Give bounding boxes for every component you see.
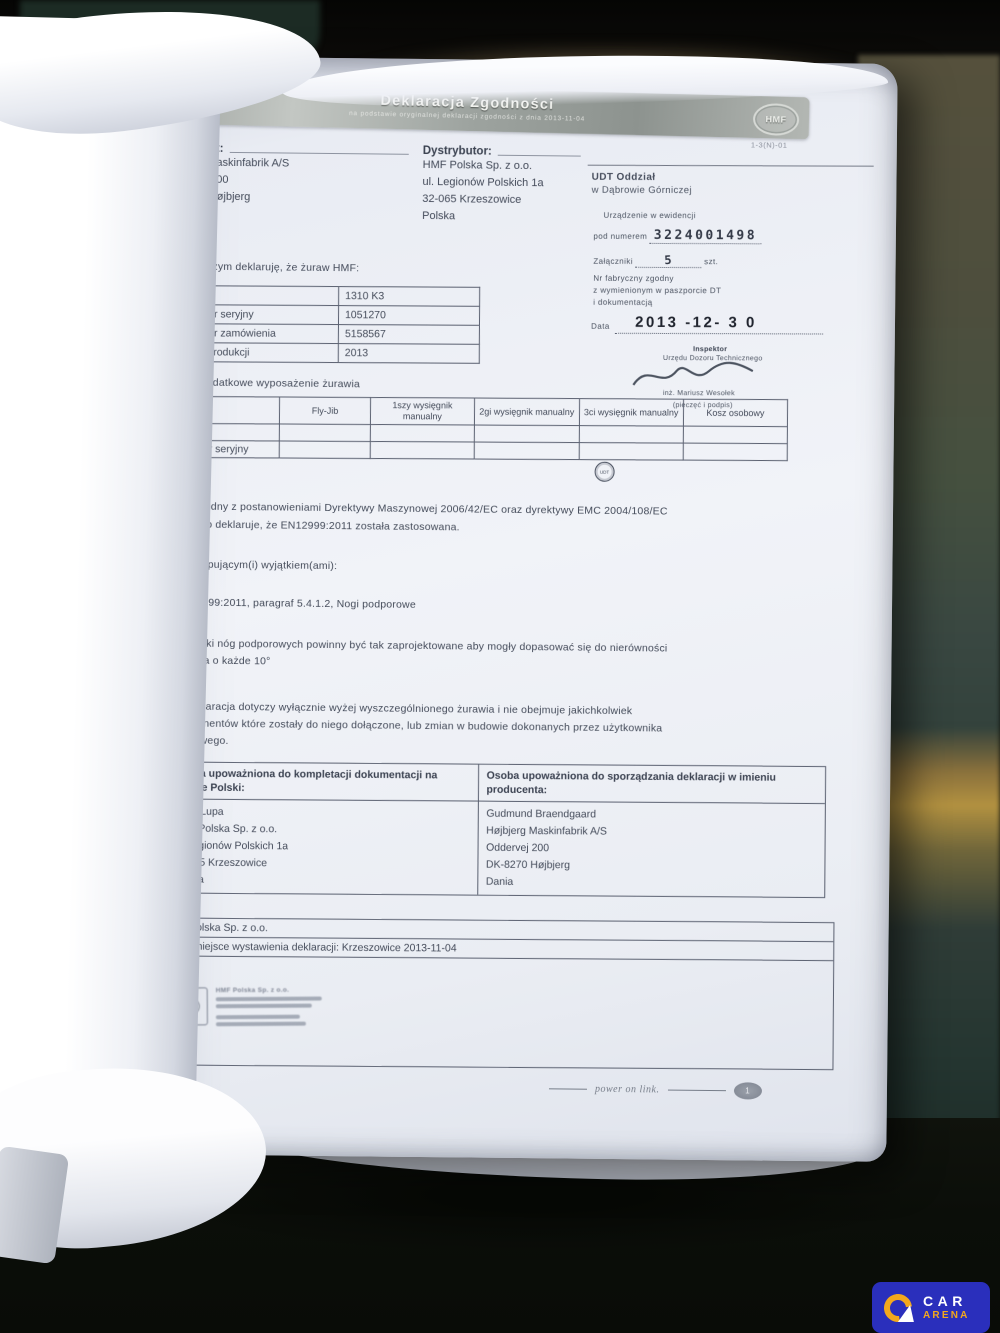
watermark-text-car: CAR xyxy=(923,1294,970,1308)
hmf-logo-icon: HMF xyxy=(753,103,800,136)
divider xyxy=(549,1088,587,1089)
person-line: 32-065 Krzeszowice xyxy=(172,854,469,873)
equip-cell xyxy=(280,441,371,458)
udt-registration-number: 3224001498 xyxy=(654,228,757,243)
car-arena-logo-icon xyxy=(884,1293,914,1323)
exception-reference: EN 12999:2011, paragraf 5.4.1.2, Nogi po… xyxy=(172,596,416,611)
equip-cell xyxy=(280,424,371,441)
equipment-table: Fly-Jib 1szy wysięgnik manualny 2gi wysi… xyxy=(174,396,788,461)
conformity-line: jest zgodny z postanowieniami Dyrektywy … xyxy=(173,500,668,517)
equip-cell xyxy=(474,425,578,443)
conformity-line: ponadto deklaruje, że EN12999:2011 zosta… xyxy=(173,518,460,533)
udt-branch-city: w Dąbrowie Górniczej xyxy=(592,185,692,196)
table-row: Typ 1310 K3 xyxy=(180,286,480,307)
person-line: Rafał Lupa xyxy=(173,803,470,822)
person-left-details: Rafał Lupa HMF Polska Sp. z o.o. ul. Leg… xyxy=(164,799,478,894)
equip-col-header: Fly-Jib xyxy=(280,397,371,424)
inspector-name: inż. Mariusz Wesołek xyxy=(663,390,735,397)
equip-col-header: 3ci wysięgnik manualny xyxy=(579,399,684,427)
udt-attachments-unit: szt. xyxy=(704,257,718,266)
person-line: Polska xyxy=(172,871,469,890)
crane-field-value: 5158567 xyxy=(338,325,479,345)
document-code: 1-3(N)-01 xyxy=(751,140,788,149)
car-arena-watermark: CAR ARENA xyxy=(872,1282,990,1333)
equip-cell xyxy=(579,443,683,461)
scope-line: Ta deklaracja dotyczy wyłącznie wyżej wy… xyxy=(171,700,632,717)
udt-number-label: pod numerem xyxy=(593,232,647,241)
udt-date-label: Data xyxy=(591,322,610,331)
distributor-label: Dystrybutor: xyxy=(423,145,492,158)
footer-tagline: power on link. xyxy=(595,1084,660,1096)
udt-note-line: z wymienionym w paszporcie DT xyxy=(593,286,721,295)
stamp-blur-line xyxy=(216,1004,312,1009)
stamp-blur-line xyxy=(216,1015,300,1020)
equip-cell xyxy=(683,426,787,444)
equip-col-header: 2gi wysięgnik manualny xyxy=(475,398,580,426)
crane-field-value: 1310 K3 xyxy=(339,287,480,307)
book-page: Deklaracja Zgodności na podstawie orygin… xyxy=(144,56,897,1162)
equip-col-header: Kosz osobowy xyxy=(683,399,787,427)
crane-field-value: 2013 xyxy=(338,344,479,364)
distributor-line: 32-065 Krzeszowice xyxy=(422,191,580,210)
equip-cell xyxy=(683,443,787,461)
distributor-line: ul. Legionów Polskich 1a xyxy=(422,174,580,193)
divider xyxy=(615,332,823,335)
table-row: Numer zamówienia 5158567 xyxy=(179,324,479,345)
table-row: Numer seryjny xyxy=(174,440,787,460)
person-line: ul. Legionów Polskich 1a xyxy=(173,837,470,856)
udt-note-line: Nr fabryczny zgodny xyxy=(593,274,674,283)
udt-branch: UDT Oddział xyxy=(592,172,656,183)
crane-field-value: 1051270 xyxy=(338,306,479,326)
udt-attachments-count: 5 xyxy=(664,253,673,267)
stamp-blur-line xyxy=(216,1022,306,1027)
stamp-text: HMF Polska Sp. z o.o. xyxy=(216,987,322,1027)
stamp-blur-line xyxy=(216,997,322,1002)
udt-seal-icon: UDT xyxy=(595,462,615,482)
watermark-text-arena: ARENA xyxy=(923,1311,970,1321)
exception-desc-line: Talerzyki nóg podporowych powinny być ta… xyxy=(172,637,668,654)
authorized-persons-box: Osoba upoważniona do kompletacji dokumen… xyxy=(163,761,826,898)
equip-col-header: 1szy wysięgnik manualny xyxy=(370,397,475,425)
person-left-heading: Osoba upoważniona do kompletacji dokumen… xyxy=(165,762,479,801)
table-row: Numer seryjny 1051270 xyxy=(179,305,479,326)
udt-stamp: UDT Oddział w Dąbrowie Górniczej Urządze… xyxy=(588,162,880,163)
table-header-row: Fly-Jib 1szy wysięgnik manualny 2gi wysi… xyxy=(174,396,787,426)
person-line: Dania xyxy=(486,874,817,893)
udt-registered-label: Urządzenie w ewidencji xyxy=(603,211,695,220)
udt-note-line: i dokumentacją xyxy=(593,298,652,307)
equip-cell xyxy=(370,441,474,459)
scope-line: komponentów które zostały do niego dołąc… xyxy=(171,717,663,734)
flipped-pages-stack xyxy=(0,15,222,1190)
distributor-line: HMF Polska Sp. z o.o. xyxy=(423,157,581,176)
document-content: Deklaracja Zgodności na podstawie orygin… xyxy=(144,56,897,1162)
page-number-badge: 1 xyxy=(733,1082,761,1099)
inspector-title: Inspektor xyxy=(693,346,727,353)
table-row: Rok produkcji 2013 xyxy=(179,343,479,364)
page-footer: power on link. 1 xyxy=(549,1080,762,1099)
stamp-company-name: HMF Polska Sp. z o.o. xyxy=(216,987,322,995)
person-line: HMF Polska Sp. z o.o. xyxy=(173,820,470,839)
equip-cell xyxy=(370,424,474,442)
person-right-heading: Osoba upoważniona do sporządzania deklar… xyxy=(478,765,825,804)
distributor-block: Dystrybutor: HMF Polska Sp. z o.o. ul. L… xyxy=(422,145,581,227)
divider xyxy=(588,165,874,167)
udt-attachments-label: Załączniki xyxy=(593,257,633,266)
udt-date-stamp: 2013 -12- 3 0 xyxy=(635,314,757,331)
equip-cell xyxy=(579,426,683,444)
distributor-line: Polska xyxy=(422,208,580,227)
equip-cell xyxy=(474,442,578,460)
crane-data-table: Typ 1310 K3 Numer seryjny 1051270 Numer … xyxy=(179,285,480,364)
divider xyxy=(667,1090,725,1092)
person-line: DK-8270 Højbjerg xyxy=(486,857,817,876)
divider xyxy=(498,155,581,157)
person-right-details: Gudmund Braendgaard Højbjerg Maskinfabri… xyxy=(478,802,825,897)
photo-scene: Deklaracja Zgodności na podstawie orygin… xyxy=(0,0,1000,1333)
